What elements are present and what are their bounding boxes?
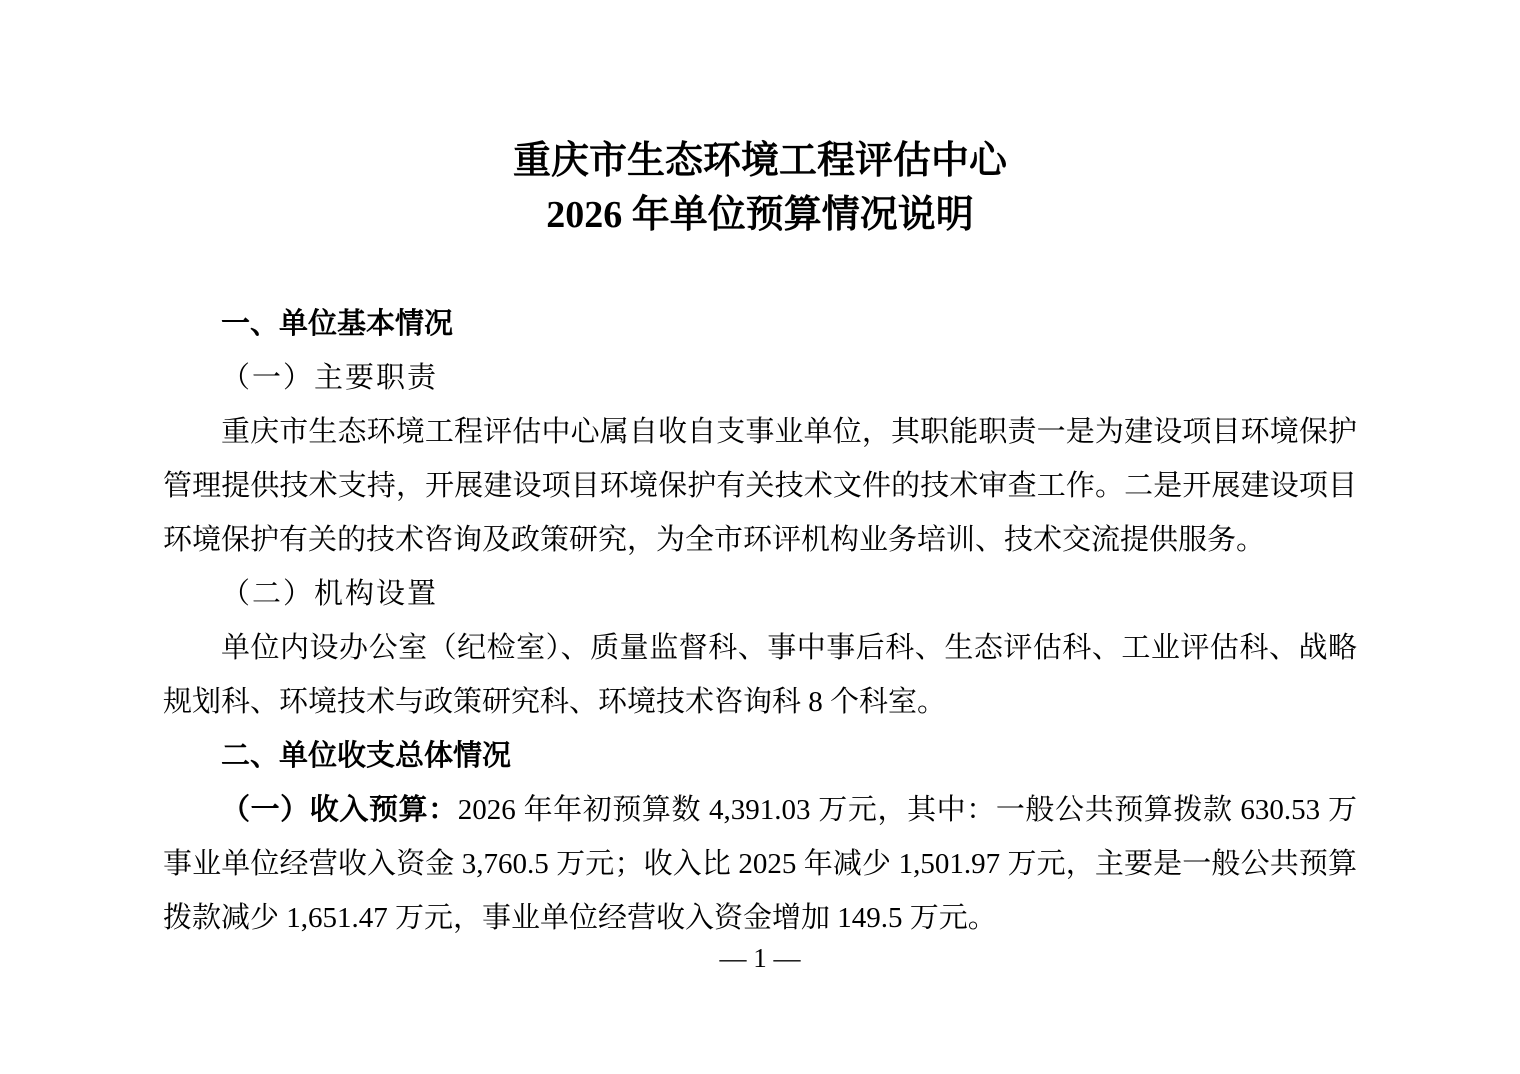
title-line-1: 重庆市生态环境工程评估中心 [163,134,1357,188]
paragraph-2-line-1: 单位内设办公室（纪检室）、质量监督科、事中事后科、生态评估科、工业评估科、战略与 [163,621,1357,675]
title-line-2: 2026 年单位预算情况说明 [163,188,1357,242]
paragraph-3-line-2: 事业单位经营收入资金 3,760.5 万元；收入比 2025 年减少 1,501… [163,837,1357,891]
paragraph-3-line-1: （一）收入预算：2026 年年初预算数 4,391.03 万元，其中：一般公共预… [163,783,1357,837]
paragraph-2-line-2: 规划科、环境技术与政策研究科、环境技术咨询科 8 个科室。 [163,675,1357,729]
paragraph-1-line-2: 管理提供技术支持，开展建设项目环境保护有关技术文件的技术审查工作。二是开展建设项… [163,459,1357,513]
document-title: 重庆市生态环境工程评估中心 2026 年单位预算情况说明 [163,134,1357,242]
subsection-heading-org-structure: （二）机构设置 [163,567,1357,621]
section-heading-revenue-expenditure: 二、单位收支总体情况 [163,729,1357,783]
document-body: 一、单位基本情况 （一）主要职责 重庆市生态环境工程评估中心属自收自支事业单位，… [163,297,1357,945]
paragraph-3-line-3: 拨款减少 1,651.47 万元，事业单位经营收入资金增加 149.5 万元。 [163,891,1357,945]
document-page: 重庆市生态环境工程评估中心 2026 年单位预算情况说明 一、单位基本情况 （一… [0,0,1520,1074]
paragraph-1-line-1: 重庆市生态环境工程评估中心属自收自支事业单位，其职能职责一是为建设项目环境保护 [163,405,1357,459]
page-number: — 1 — [0,938,1520,978]
section-heading-basic-info: 一、单位基本情况 [163,297,1357,351]
paragraph-1-line-3: 环境保护有关的技术咨询及政策研究，为全市环评机构业务培训、技术交流提供服务。 [163,513,1357,567]
subsection-heading-main-duties: （一）主要职责 [163,351,1357,405]
paragraph-3-lead-bold: （一）收入预算： [221,794,458,826]
